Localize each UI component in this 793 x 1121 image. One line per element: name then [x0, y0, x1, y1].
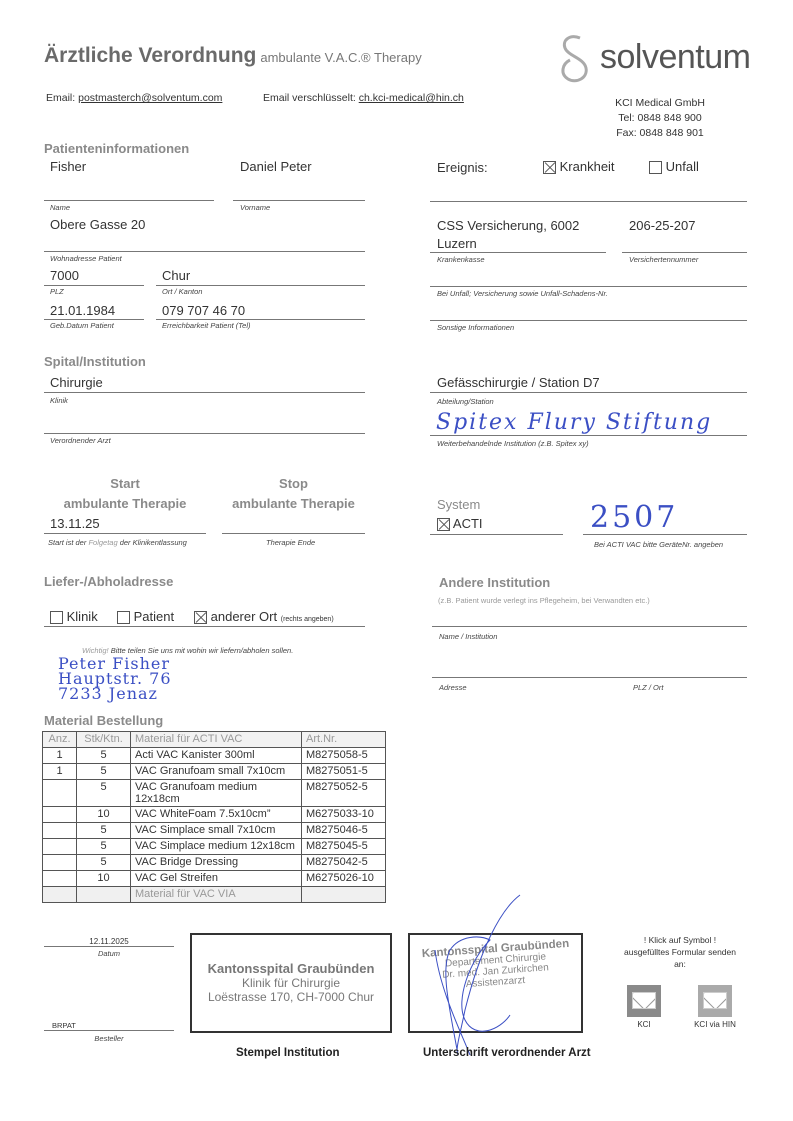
cell-empty [77, 887, 131, 903]
col-artnr: Art.Nr. [302, 732, 386, 748]
company-name: KCI Medical GmbH [600, 96, 720, 111]
start-note-a: Start ist der [48, 538, 88, 547]
cell-anz[interactable]: 1 [43, 748, 77, 764]
other-address-label: Adresse [439, 683, 467, 692]
section-patient: Patienteninformationen [44, 141, 189, 156]
logo-s-icon [556, 32, 596, 86]
patient-plz-value[interactable]: 7000 [50, 268, 79, 283]
system-title: System [437, 497, 480, 512]
table-row: 5VAC Simplace small 7x10cmM8275046-5 [43, 823, 386, 839]
other-name-label: Name / Institution [439, 632, 497, 641]
col-anz: Anz. [43, 732, 77, 748]
section-other-institution: Andere Institution [439, 575, 550, 590]
checkbox-other[interactable] [194, 611, 207, 624]
krankenkasse-line [430, 252, 606, 253]
checkbox-unfall[interactable] [649, 161, 662, 174]
cell-empty [43, 887, 77, 903]
cell-anz[interactable] [43, 839, 77, 855]
mail-kci-label: KCI [627, 1020, 661, 1029]
stamp1-line1: Kantonsspital Graubünden [192, 961, 390, 976]
klinik-value[interactable]: Chirurgie [50, 375, 103, 390]
company-fax: Fax: 0848 848 901 [600, 126, 720, 141]
stamp-institution-label: Stempel Institution [236, 1047, 340, 1059]
cell-stk[interactable]: 5 [77, 764, 131, 780]
title-subtitle: ambulante V.A.C.® Therapy [260, 50, 421, 65]
arzt-line [44, 433, 365, 434]
cell-material[interactable]: VAC WhiteFoam 7.5x10cm” [131, 807, 302, 823]
abteilung-label: Abteilung/Station [437, 397, 494, 406]
cell-art[interactable]: M8275052-5 [302, 780, 386, 807]
vorname-line [233, 200, 365, 201]
email-label: Email: [46, 92, 75, 104]
dob-line [44, 319, 144, 320]
insurance-number-line [622, 252, 747, 253]
delivery-option-other[interactable]: anderer Ort (rechts angeben) [194, 609, 334, 624]
send-instructions: ! Klick auf Symbol ! ausgefülltes Formul… [606, 934, 754, 970]
patient-firstname-value[interactable]: Daniel Peter [240, 159, 312, 174]
cell-material[interactable]: VAC Simplace medium 12x18cm [131, 839, 302, 855]
cell-art[interactable]: M8275042-5 [302, 855, 386, 871]
checkbox-krankheit[interactable] [543, 161, 556, 174]
krankenkasse-value-line2[interactable]: Luzern [437, 236, 477, 251]
envelope-shape [703, 992, 727, 1009]
besteller-value[interactable]: BRPAT [52, 1021, 76, 1030]
institution-stamp: Kantonsspital Graubünden Klinik für Chir… [190, 933, 392, 1033]
cell-art[interactable]: M6275026-10 [302, 871, 386, 887]
table-row: 15VAC Granufoam small 7x10cmM8275051-5 [43, 764, 386, 780]
event-line [430, 201, 747, 202]
page-title: Ärztliche Verordnungambulante V.A.C.® Th… [44, 44, 422, 68]
other-info-line [430, 320, 747, 321]
patient-name-value[interactable]: Fisher [50, 159, 86, 174]
send-text2: ausgefülltes Formular senden [606, 946, 754, 958]
mail-hin-label: KCI via HIN [690, 1020, 740, 1029]
send-text3: an: [606, 958, 754, 970]
cell-stk[interactable]: 10 [77, 807, 131, 823]
cell-material[interactable]: VAC Bridge Dressing [131, 855, 302, 871]
delivery-line [44, 626, 365, 627]
cell-art[interactable]: M8275046-5 [302, 823, 386, 839]
insurance-number-value[interactable]: 206-25-207 [629, 218, 696, 233]
cell-anz[interactable] [43, 823, 77, 839]
logo-text: solventum [600, 38, 750, 77]
col-material: Material für ACTI VAC [131, 732, 302, 748]
cell-art[interactable]: M8275051-5 [302, 764, 386, 780]
table-row: 5VAC Simplace medium 12x18cmM8275045-5 [43, 839, 386, 855]
date-line [44, 946, 174, 947]
stamp1-line2: Klinik für Chirurgie [192, 976, 390, 990]
cell-material[interactable]: VAC Granufoam medium 12x18cm [131, 780, 302, 807]
cell-stk[interactable]: 10 [77, 871, 131, 887]
cell-art[interactable]: M8275045-5 [302, 839, 386, 855]
section-institution: Spital/Institution [44, 354, 146, 369]
stamp1-line3: Loëstrasse 170, CH-7000 Chur [192, 990, 390, 1004]
arzt-label: Verordnender Arzt [50, 436, 111, 445]
start-note: Start ist der Folgetag der Klinikentlass… [48, 538, 187, 547]
event-option-unfall[interactable]: Unfall [649, 159, 699, 174]
cell-anz[interactable] [43, 871, 77, 887]
event-label: Ereignis: [437, 160, 488, 175]
other-institution-subtitle: (z.B. Patient wurde verlegt ins Pflegehe… [438, 596, 650, 605]
delivery-option-patient[interactable]: Patient [117, 609, 174, 624]
email-link[interactable]: postmasterch@solventum.com [78, 92, 222, 104]
table-row: 5VAC Bridge DressingM8275042-5 [43, 855, 386, 871]
weiter-label: Weiterbehandelnde Institution (z.B. Spit… [437, 439, 589, 448]
cell-anz[interactable] [43, 780, 77, 807]
other-address-line [432, 677, 747, 678]
device-number-value[interactable]: 2507 [590, 500, 678, 535]
plz-line [44, 285, 144, 286]
company-info: KCI Medical GmbH Tel: 0848 848 900 Fax: … [600, 96, 720, 141]
delivery-option-klinik[interactable]: Klinik [50, 609, 98, 624]
name-label: Name [50, 203, 70, 212]
cell-material[interactable]: Acti VAC Kanister 300ml [131, 748, 302, 764]
other-name-line [432, 626, 747, 627]
abteilung-line [430, 392, 747, 393]
cell-anz[interactable]: 1 [43, 764, 77, 780]
krankenkasse-value-line1[interactable]: CSS Versicherung, 6002 [437, 218, 579, 233]
cell-stk[interactable]: 5 [77, 839, 131, 855]
stop-heading: Stop ambulante Therapie [222, 474, 365, 514]
send-text1: ! Klick auf Symbol ! [606, 934, 754, 946]
stop-line [222, 533, 365, 534]
other-option-label: anderer Ort [211, 609, 277, 624]
vorname-label: Vorname [240, 203, 270, 212]
device-line [583, 534, 747, 535]
name-line [44, 200, 214, 201]
patient-option-label: Patient [134, 609, 174, 624]
start-date-value[interactable]: 13.11.25 [50, 516, 100, 531]
besteller-label: Besteller [44, 1034, 174, 1043]
other-info-label: Sonstige Informationen [437, 323, 514, 332]
phone-line [156, 319, 365, 320]
mail-kci-icon[interactable] [627, 985, 661, 1017]
checkbox-patient[interactable] [117, 611, 130, 624]
other-plz-label: PLZ / Ort [633, 683, 663, 692]
klinik-option-label: Klinik [67, 609, 98, 624]
address-line [44, 251, 365, 252]
cell-stk[interactable]: 5 [77, 855, 131, 871]
material-table: Anz. Stk/Ktn. Material für ACTI VAC Art.… [42, 731, 386, 903]
email-encrypted-link[interactable]: ch.kci-medical@hin.ch [359, 92, 464, 104]
cell-stk[interactable]: 5 [77, 780, 131, 807]
other-option-note: (rechts angeben) [281, 616, 334, 623]
email-encrypted-contact: Email verschlüsselt: ch.kci-medical@hin.… [263, 92, 464, 104]
address-label: Wohnadresse Patient [50, 254, 122, 263]
date-label: Datum [44, 949, 174, 958]
title-main: Ärztliche Verordnung [44, 44, 256, 67]
klinik-label: Klinik [50, 396, 68, 405]
patient-address-value[interactable]: Obere Gasse 20 [50, 217, 145, 232]
krankenkasse-label: Krankenkasse [437, 255, 485, 264]
cell-material[interactable]: VAC Granufoam small 7x10cm [131, 764, 302, 780]
email-contact: Email: postmasterch@solventum.com [46, 92, 222, 104]
plz-label: PLZ [50, 287, 64, 296]
cell-anz[interactable] [43, 855, 77, 871]
email-encrypted-label: Email verschlüsselt: [263, 92, 356, 104]
table-row: 5VAC Granufoam medium 12x18cmM8275052-5 [43, 780, 386, 807]
besteller-line [44, 1030, 174, 1031]
table-row: 15Acti VAC Kanister 300mlM8275058-5 [43, 748, 386, 764]
cell-stk[interactable]: 5 [77, 823, 131, 839]
ort-label: Ort / Kanton [162, 287, 202, 296]
stop-title: Stop [222, 474, 365, 494]
patient-ort-value[interactable]: Chur [162, 268, 190, 283]
start-heading: Start ambulante Therapie [44, 474, 206, 514]
start-note-b: Folgetag [88, 538, 117, 547]
handwritten-line: 7233 Jenaz [58, 686, 172, 701]
section-delivery: Liefer-/Abholadresse [44, 574, 173, 589]
cell-material[interactable]: VAC Simplace small 7x10cm [131, 823, 302, 839]
dob-label: Geb.Datum Patient [50, 321, 114, 330]
table-row-via: Material für VAC VIA [43, 887, 386, 903]
patient-phone-value[interactable]: 079 707 46 70 [162, 303, 245, 318]
device-label: Bei ACTI VAC bitte GeräteNr. angeben [594, 540, 723, 549]
signature-label: Unterschrift verordnender Arzt [423, 1047, 591, 1059]
weiter-line [430, 435, 747, 436]
doctor-signature [420, 890, 550, 1060]
patient-dob-value[interactable]: 21.01.1984 [50, 303, 115, 318]
stop-subtitle: ambulante Therapie [222, 494, 365, 514]
start-line [44, 533, 206, 534]
acti-label: ACTI [453, 516, 483, 531]
table-header-row: Anz. Stk/Ktn. Material für ACTI VAC Art.… [43, 732, 386, 748]
start-subtitle: ambulante Therapie [44, 494, 206, 514]
abteilung-value[interactable]: Gefässchirurgie / Station D7 [437, 375, 600, 390]
stop-label: Therapie Ende [266, 538, 315, 547]
start-note-c: der Klinikentlassung [118, 538, 187, 547]
checkbox-acti[interactable] [437, 518, 450, 531]
col-stk: Stk/Ktn. [77, 732, 131, 748]
start-title: Start [44, 474, 206, 494]
klinik-line [44, 392, 365, 393]
phone-label: Erreichbarkeit Patient (Tel) [162, 321, 251, 330]
weiterbehandelnde-value[interactable]: Spitex Flury Stiftung [436, 410, 712, 435]
unfall-label: Unfall [666, 159, 699, 174]
envelope-shape [632, 992, 656, 1009]
cell-art[interactable]: M6275033-10 [302, 807, 386, 823]
cell-material[interactable]: VAC Gel Streifen [131, 871, 302, 887]
delivery-handwritten-address[interactable]: Peter Fisher Hauptstr. 76 7233 Jenaz [58, 656, 172, 701]
mail-hin-icon[interactable] [698, 985, 732, 1017]
event-option-krankheit[interactable]: Krankheit [543, 159, 615, 174]
krankheit-label: Krankheit [560, 159, 615, 174]
cell-stk[interactable]: 5 [77, 748, 131, 764]
insurance-number-label: Versichertennummer [629, 255, 698, 264]
section-material: Material Bestellung [44, 713, 163, 728]
accident-label: Bei Unfall; Versicherung sowie Unfall-Sc… [437, 289, 608, 298]
system-option-acti[interactable]: ACTI [437, 516, 483, 531]
cell-art[interactable]: M8275058-5 [302, 748, 386, 764]
date-value[interactable]: 12.11.2025 [44, 937, 174, 946]
cell-anz[interactable] [43, 807, 77, 823]
table-row: 10VAC WhiteFoam 7.5x10cm”M6275033-10 [43, 807, 386, 823]
table-row: 10VAC Gel StreifenM6275026-10 [43, 871, 386, 887]
company-tel: Tel: 0848 848 900 [600, 111, 720, 126]
checkbox-klinik[interactable] [50, 611, 63, 624]
system-line [430, 534, 563, 535]
ort-line [156, 285, 365, 286]
solventum-logo: solventum [556, 32, 756, 86]
cell-via-label: Material für VAC VIA [131, 887, 302, 903]
accident-line [430, 286, 747, 287]
cell-empty [302, 887, 386, 903]
